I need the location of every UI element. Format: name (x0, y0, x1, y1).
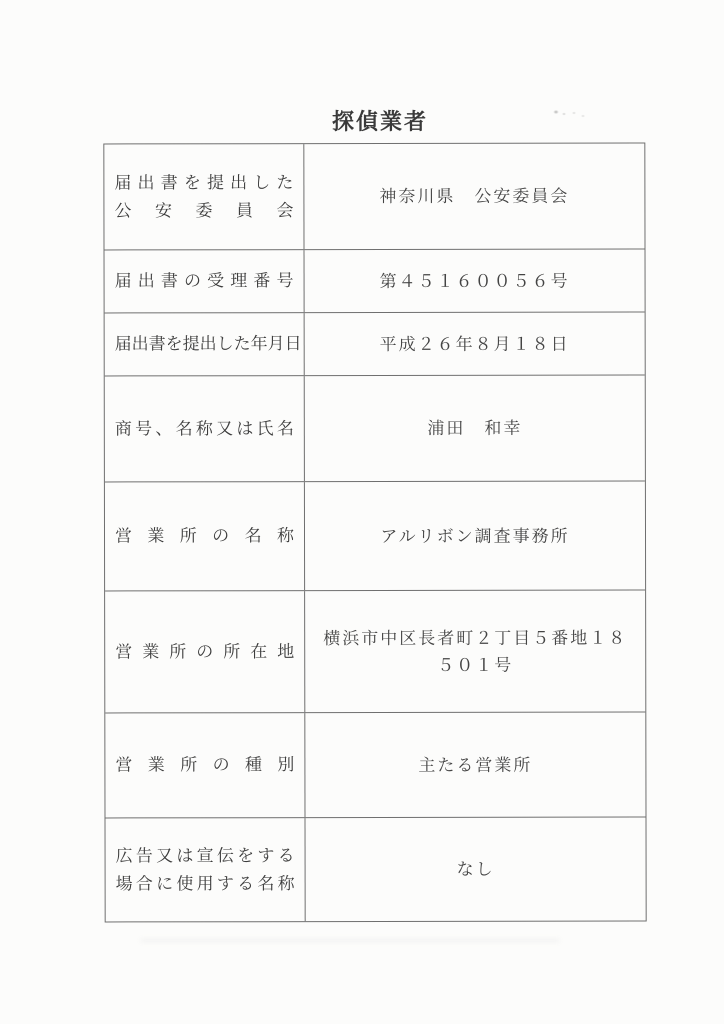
row-label: 営業所の種別 (105, 713, 305, 817)
table-row-office-address: 営業所の所在地 横浜市中区長者町２丁目５番地１８ ５０１号 (105, 590, 645, 713)
label-line: 商号、名称又は氏名 (115, 415, 294, 443)
table-row-office-type: 営業所の種別 主たる営業所 (105, 712, 645, 818)
scan-smudge (551, 107, 589, 121)
label-line: 公安委員会 (114, 197, 293, 225)
scan-streak (140, 938, 560, 943)
label-line: 場合に使用する名称 (116, 870, 295, 898)
table-row-police-commission: 届出書を提出した 公安委員会 神奈川県 公安委員会 (104, 144, 644, 250)
value-line: 第４５１６００５６号 (380, 267, 570, 294)
value-line: 神奈川県 公安委員会 (379, 183, 569, 210)
label-line: 営業所の種別 (115, 751, 294, 779)
value-line: なし (457, 856, 495, 883)
value-line: 横浜市中区長者町２丁目５番地１８ (323, 624, 627, 652)
row-value: アルリボン調査事務所 (305, 482, 645, 591)
value-line: 平成２６年８月１８日 (380, 330, 570, 357)
label-line: 広告又は宣伝をする (116, 842, 295, 870)
page-title: 探偵業者 (332, 105, 428, 136)
value-line: ５０１号 (437, 651, 513, 678)
label-line: 届出書の受理番号 (115, 267, 294, 295)
row-value: なし (305, 818, 645, 922)
value-line: 主たる営業所 (418, 751, 532, 778)
label-line: 営業所の所在地 (115, 638, 294, 666)
table-row-receipt-number: 届出書の受理番号 第４５１６００５６号 (105, 249, 645, 313)
row-label: 営業所の名称 (105, 482, 305, 590)
table-row-office-name: 営業所の名称 アルリボン調査事務所 (105, 481, 645, 591)
table-row-trade-name: 商号、名称又は氏名 浦田 和幸 (105, 375, 645, 482)
row-label: 届出書を提出した 公安委員会 (104, 144, 304, 249)
row-label: 商号、名称又は氏名 (105, 376, 305, 481)
row-value: 浦田 和幸 (305, 376, 645, 482)
registration-table: 届出書を提出した 公安委員会 神奈川県 公安委員会 届出書の受理番号 第４５１６… (103, 143, 646, 923)
row-value: 神奈川県 公安委員会 (304, 144, 644, 250)
row-value: 横浜市中区長者町２丁目５番地１８ ５０１号 (305, 591, 645, 713)
document-page: 探偵業者 届出書を提出した 公安委員会 神奈川県 公安委員会 届出書の受理番号 … (0, 0, 724, 1024)
value-line: アルリボン調査事務所 (380, 522, 569, 549)
row-value: 平成２６年８月１８日 (305, 313, 645, 376)
label-line: 届出書を提出した年月日 (115, 330, 294, 358)
row-label: 届出書を提出した年月日 (105, 313, 305, 375)
table-row-submission-date: 届出書を提出した年月日 平成２６年８月１８日 (105, 312, 645, 376)
label-line: 届出書を提出した (114, 169, 293, 197)
row-label: 届出書の受理番号 (105, 250, 305, 312)
value-line: 浦田 和幸 (427, 415, 522, 442)
row-label: 営業所の所在地 (105, 591, 305, 712)
row-value: 第４５１６００５６号 (305, 250, 645, 313)
row-value: 主たる営業所 (305, 713, 645, 818)
label-line: 営業所の名称 (115, 522, 294, 550)
row-label: 広告又は宣伝をする 場合に使用する名称 (105, 818, 305, 921)
table-row-advertising-name: 広告又は宣伝をする 場合に使用する名称 なし (105, 817, 645, 922)
